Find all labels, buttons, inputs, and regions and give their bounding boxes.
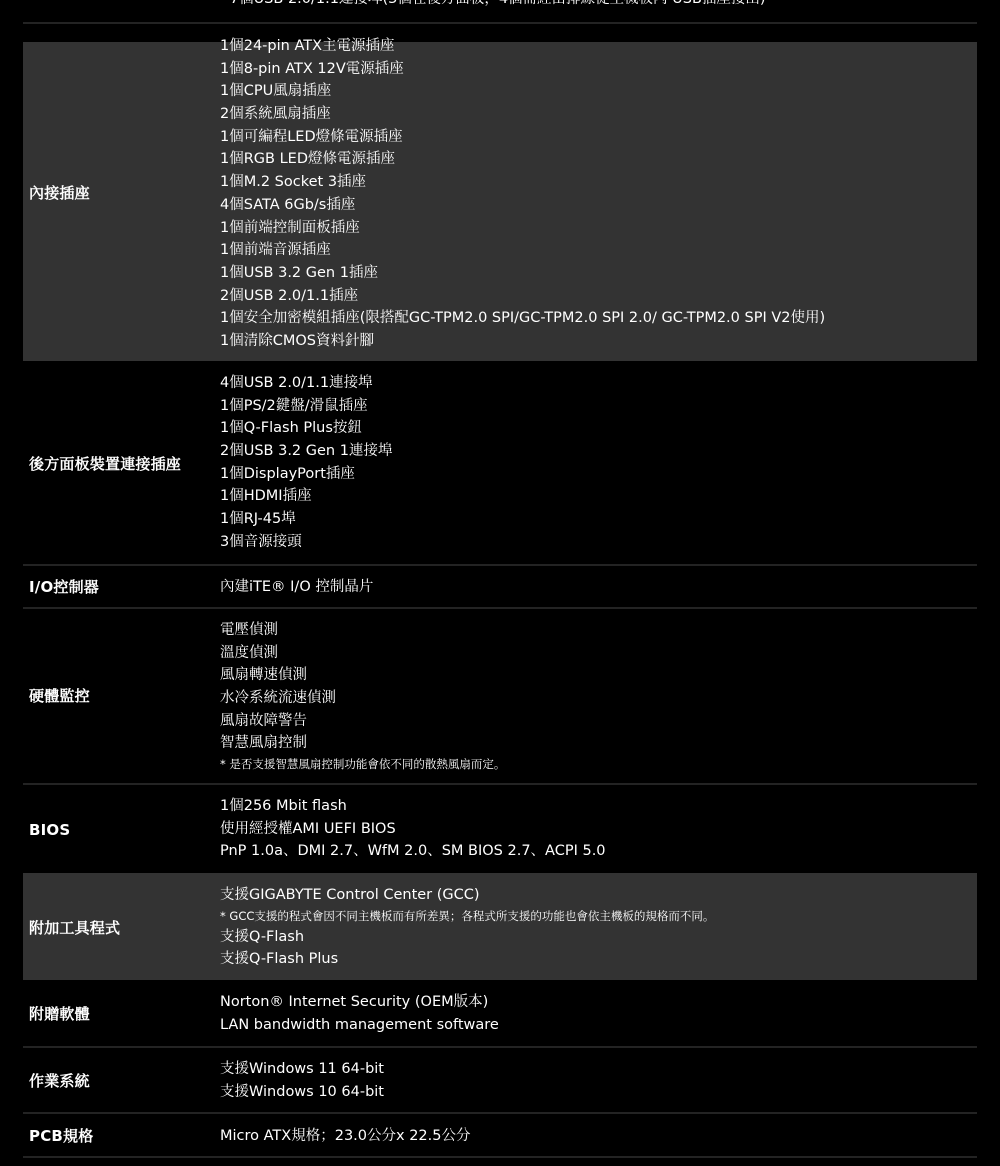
spec-label: 後方面板裝置連接插座	[29, 454, 181, 474]
spec-value: 1個8-pin ATX 12V電源插座	[220, 58, 825, 81]
spec-label: 附贈軟體	[29, 1004, 90, 1024]
spec-footnote: * GCC支援的程式會因不同主機板而有所差異；各程式所支援的功能也會依主機板的規…	[220, 907, 714, 926]
spec-value: 支援Q-Flash	[220, 926, 714, 949]
row-separator	[23, 1156, 977, 1158]
spec-value: 溫度偵測	[220, 642, 505, 665]
spec-row-os: 作業系統 支援Windows 11 64-bit 支援Windows 10 64…	[23, 1048, 977, 1112]
spec-row-utilities: 附加工具程式 支援GIGABYTE Control Center (GCC) *…	[23, 873, 977, 980]
spec-value: 1個PS/2鍵盤/滑鼠插座	[220, 395, 392, 418]
spec-values: 內建iTE® I/O 控制晶片	[220, 576, 373, 599]
spec-label: 作業系統	[29, 1071, 90, 1091]
spec-value: 1個RJ-45埠	[220, 508, 392, 531]
spec-row-rear-panel: 後方面板裝置連接插座 4個USB 2.0/1.1連接埠 1個PS/2鍵盤/滑鼠插…	[23, 361, 977, 564]
spec-value: 1個Q-Flash Plus按鈕	[220, 417, 392, 440]
spec-value: 2個USB 3.2 Gen 1連接埠	[220, 440, 392, 463]
spec-value: 水冷系統流速偵測	[220, 687, 505, 710]
spec-values: 1個256 Mbit flash 使用經授權AMI UEFI BIOS PnP …	[220, 795, 606, 863]
spec-values: 1個24-pin ATX主電源插座 1個8-pin ATX 12V電源插座 1個…	[220, 35, 825, 353]
spec-value: 支援Windows 10 64-bit	[220, 1081, 384, 1104]
spec-values: 支援GIGABYTE Control Center (GCC) * GCC支援的…	[220, 884, 714, 971]
spec-value: 風扇故障警告	[220, 710, 505, 733]
spec-value: 風扇轉速偵測	[220, 664, 505, 687]
spec-page: - 7個USB 2.0/1.1連接埠(3個在後方面板，4個需經由排線從主機板內 …	[0, 0, 1000, 1166]
spec-label: BIOS	[29, 820, 70, 840]
spec-label: PCB規格	[29, 1126, 93, 1146]
spec-value: 1個24-pin ATX主電源插座	[220, 35, 825, 58]
spec-row-hardware-monitor: 硬體監控 電壓偵測 溫度偵測 風扇轉速偵測 水冷系統流速偵測 風扇故障警告 智慧…	[23, 609, 977, 783]
spec-value: 4個SATA 6Gb/s插座	[220, 194, 825, 217]
spec-value: 4個USB 2.0/1.1連接埠	[220, 372, 392, 395]
spec-value: 1個M.2 Socket 3插座	[220, 171, 825, 194]
spec-value: 1個前端控制面板插座	[220, 217, 825, 240]
spec-row-io-controller: I/O控制器 內建iTE® I/O 控制晶片	[23, 566, 977, 607]
spec-label: I/O控制器	[29, 577, 99, 597]
spec-value: 支援Windows 11 64-bit	[220, 1058, 384, 1081]
spec-value: 1個256 Mbit flash	[220, 795, 606, 818]
spec-value: 1個DisplayPort插座	[220, 463, 392, 486]
spec-value: 1個USB 3.2 Gen 1插座	[220, 262, 825, 285]
spec-row-pcb: PCB規格 Micro ATX規格；23.0公分x 22.5公分	[23, 1114, 977, 1156]
spec-value: 2個系統風扇插座	[220, 103, 825, 126]
spec-values: Micro ATX規格；23.0公分x 22.5公分	[220, 1125, 470, 1148]
spec-value: 1個可編程LED燈條電源插座	[220, 126, 825, 149]
spec-values: 4個USB 2.0/1.1連接埠 1個PS/2鍵盤/滑鼠插座 1個Q-Flash…	[220, 372, 392, 554]
row-separator	[23, 22, 977, 24]
spec-value: 1個RGB LED燈條電源插座	[220, 148, 825, 171]
spec-value: 電壓偵測	[220, 619, 505, 642]
spec-value: Norton® Internet Security (OEM版本)	[220, 991, 499, 1014]
spec-value: 1個HDMI插座	[220, 485, 392, 508]
spec-value: 智慧風扇控制	[220, 732, 505, 755]
spec-values: 支援Windows 11 64-bit 支援Windows 10 64-bit	[220, 1058, 384, 1103]
spec-values: Norton® Internet Security (OEM版本) LAN ba…	[220, 991, 499, 1036]
spec-value: 1個前端音源插座	[220, 239, 825, 262]
spec-row-internal-connectors: 內接插座 1個24-pin ATX主電源插座 1個8-pin ATX 12V電源…	[23, 42, 977, 361]
spec-value: 1個CPU風扇插座	[220, 80, 825, 103]
spec-values: 電壓偵測 溫度偵測 風扇轉速偵測 水冷系統流速偵測 風扇故障警告 智慧風扇控制 …	[220, 619, 505, 774]
spec-value: 1個安全加密模組插座(限搭配GC-TPM2.0 SPI/GC-TPM2.0 SP…	[220, 307, 825, 330]
spec-value: LAN bandwidth management software	[220, 1014, 499, 1037]
spec-value: 使用經授權AMI UEFI BIOS	[220, 818, 606, 841]
usb-spec-fragment: - 7個USB 2.0/1.1連接埠(3個在後方面板，4個需經由排線從主機板內 …	[220, 0, 766, 10]
spec-value: 3個音源接頭	[220, 531, 392, 554]
spec-value: 支援GIGABYTE Control Center (GCC)	[220, 884, 714, 907]
spec-row-bios: BIOS 1個256 Mbit flash 使用經授權AMI UEFI BIOS…	[23, 785, 977, 873]
spec-value: 支援Q-Flash Plus	[220, 948, 714, 971]
spec-label: 附加工具程式	[29, 918, 120, 938]
spec-value: Micro ATX規格；23.0公分x 22.5公分	[220, 1125, 470, 1148]
spec-value: 1個清除CMOS資料針腳	[220, 330, 825, 353]
spec-value: 內建iTE® I/O 控制晶片	[220, 576, 373, 599]
spec-value: 2個USB 2.0/1.1插座	[220, 285, 825, 308]
spec-label: 硬體監控	[29, 686, 90, 706]
spec-label: 內接插座	[29, 183, 90, 203]
spec-row-bundled-software: 附贈軟體 Norton® Internet Security (OEM版本) L…	[23, 980, 977, 1046]
spec-value: PnP 1.0a、DMI 2.7、WfM 2.0、SM BIOS 2.7、ACP…	[220, 840, 606, 863]
spec-footnote: * 是否支援智慧風扇控制功能會依不同的散熱風扇而定。	[220, 755, 505, 774]
